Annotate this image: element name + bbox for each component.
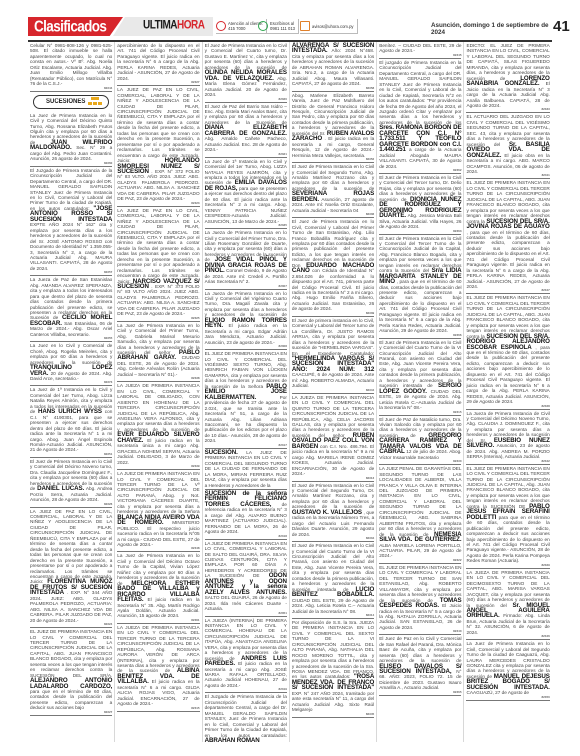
notice-body: El Juez de primera instancia en lo Civil… — [292, 318, 374, 356]
notice-body: La Juez en lo Civil y Comercial de Choré… — [30, 343, 112, 364]
legal-notice: LA JUEZ DE PRIMERA INSTANCIA EN LO CIVIL… — [205, 540, 287, 617]
notice-code: 82322 — [379, 559, 461, 562]
notice-code: 82317 — [205, 444, 287, 447]
notice-code: 82311 — [466, 174, 549, 177]
classifieds-columns: Celular N° 0981-808-126 y 0981-525-508. … — [28, 42, 552, 742]
notice-details: , para que en el término de 60 días, con… — [379, 279, 461, 333]
notice-code: 82313 — [292, 477, 374, 480]
legal-notice: SUCESIÓN. LA JUEZ DE PRIMERA INSTANCIA E… — [205, 449, 287, 490]
legal-notice: El Juez de Primera Instancia en lo Civil… — [292, 218, 374, 317]
notice-code: 82321 — [205, 153, 287, 156]
legal-notice: El Juzgado de Primera Instancia de la Ci… — [30, 167, 112, 277]
legal-notice: EL JUEZ DE PRIMERA INSTANCIA EN LO CIVIL… — [379, 564, 461, 635]
notice-code: 82357 — [30, 271, 112, 274]
newspaper-logo: ULTIMAHORA — [143, 19, 204, 32]
notice-body: LA JUEZ DE PRIMERA INSTANCIA EN LO CIVIL… — [117, 471, 199, 514]
notice-details: EXPTE AÑO 2024 N° 162" cita y emplaza po… — [30, 222, 112, 271]
legal-notice: El Juez de Paz del Barrio San Isidro – E… — [205, 103, 287, 158]
notice-code: 82358 — [292, 87, 374, 90]
notice-details: Año: 2024 N°468. Cita y emplaza por sese… — [292, 48, 374, 86]
notice-body: LA JUEZ DE PAZ EN LO CIVIL, COMERCIAL, L… — [30, 509, 112, 585]
legal-notice: La Juez de Primera Instancia en lo Civil… — [117, 552, 199, 623]
notice-code: 82314 — [292, 614, 374, 617]
notice-code: 82366 — [379, 334, 461, 337]
notice-body: LA JUEZ PENAL DE GARANTÍAS DEL SEGUNDO T… — [379, 466, 461, 536]
notice-details: . EXP. N° 372 FOLIO N° 83 VLTO. AÑO 2024… — [117, 169, 199, 201]
notice-body: El Juez de Paz del Barrio San Isidro – E… — [205, 104, 287, 125]
notice-code: 82362 — [379, 169, 461, 172]
notice-code: 82363 — [379, 230, 461, 233]
legal-notice: EL JUEZ DE PRIMERA INSTANCIA EN LO CIVIL… — [466, 465, 549, 569]
notice-code: 82373 — [30, 381, 112, 384]
legal-notice: El Juez de Primera Instancia en lo Civil… — [205, 42, 287, 103]
notice-details: para que se presenten a ejercer sus dere… — [205, 186, 287, 224]
legal-notice: Abog. Marlene Elizabeth Barreto Varela, … — [292, 92, 374, 163]
notice-code: 82327 — [117, 81, 199, 84]
legal-notice: LA JUEZ DE PRIMERA INSTANCIA EN LO CIVIL… — [117, 470, 199, 552]
notice-body: El Juez de Primera Instancia en lo Civil… — [292, 483, 374, 510]
notice-details: con C.I. N° 4190301, para que se present… — [30, 409, 112, 452]
notice-code: 82361 — [117, 619, 199, 622]
notice-code: 82307 — [205, 285, 287, 288]
legal-notice: ALVARENGA S/ SUCESIÓN INTESTADA. Año: 20… — [292, 42, 374, 92]
notice-code: 82334 — [292, 537, 374, 540]
deceased-name: "HERMELINDA VARGAS S/ SUCESIÓN INTESTADA… — [292, 355, 374, 373]
notice-details: . EXP. N° 373 FOLIO N° 83 VLTO AÑO 2024.… — [117, 284, 199, 316]
notice-code: 82336 — [292, 213, 374, 216]
legal-notice: El Juez de Paz en lo Civil y Comercial d… — [379, 635, 461, 696]
notice-code: 82327 — [30, 711, 112, 714]
notice-code: 82325 — [117, 317, 199, 320]
notice-body: La Jueza de Primera Instancia en lo Civi… — [205, 291, 287, 318]
legal-notice: LA JUEZA DE PRIMERA INSTANCIA EN LO CIVI… — [117, 382, 199, 470]
notice-details: EXP. N° 247 AÑO 2024, tramitado por ante… — [292, 691, 374, 712]
notice-code: 82352 — [292, 158, 374, 161]
notice-body: El Juez de Primera Instancia en lo Civil… — [379, 340, 461, 389]
notice-body: LA JUEZA DE PRIMERA INSTANCIA EN LO CIVI… — [117, 383, 199, 432]
legal-notice: apercibimiento de lo dispuesto en el Art… — [117, 42, 199, 86]
notice-body: El Juzgado de Primera Instancia de la Ci… — [205, 694, 287, 737]
legal-notice: El Juez de Primera Instancia en lo Civil… — [379, 174, 461, 235]
notice-body: LA JUEZ DE PAZ EN LO CIVIL, COMERCIAL, L… — [117, 208, 199, 284]
notice-details: SALTO DEL GUAIRÁ, 26 de Agosto de 2024. … — [205, 595, 287, 611]
notice-body: Celular N° 0981-808-126 y 0981-525-508. … — [30, 43, 112, 86]
legal-notice: La Jueza de Primera Instancia en lo Civi… — [205, 290, 287, 351]
mail-icon — [300, 21, 310, 31]
contact-email[interactable]: avisos@uhora.com.py — [300, 19, 358, 34]
page-header: Clasificados ULTIMAHORA Atención al clie… — [28, 17, 552, 36]
legal-notice: EDICTO: EL JUEZ DE PRIMERA INSTANCIA EN … — [466, 42, 549, 113]
legal-notice: La Juez en lo Civil y Comercial de Choré… — [30, 342, 112, 386]
notice-code: 82347 — [466, 289, 549, 292]
phone-icon — [216, 21, 226, 31]
legal-notice: EL ACTUARIO DEL JUZGADO EN LO CIVIL Y CO… — [466, 113, 549, 179]
notice-code: 82351 — [205, 612, 287, 615]
notice-code: 82339 — [117, 465, 199, 468]
whatsapp-icon — [258, 21, 268, 31]
legal-notice: EL JUEZ DE PRIMERA INSTANCIA EN LO CIVIL… — [466, 294, 549, 409]
legal-notice: La Juez de 1ª Instancia en lo Civil y Co… — [30, 386, 112, 457]
notice-code: 82350 — [466, 696, 549, 699]
notice-details: con Cédula de Identidad N° 2.654.026 de … — [292, 268, 374, 311]
notice-details: . EXP. N° 344 AÑO 2024. JUEZ: ABG. GLADY… — [30, 590, 112, 622]
notice-details: Por providencia de fecha 27 de agosto de… — [205, 395, 287, 444]
contact-whatsapp: Escríbinos al0981 111 013 — [258, 19, 299, 34]
legal-notice: El juzgado de Primera Instancia en la Ci… — [379, 59, 461, 174]
notice-code: 82315 — [117, 707, 199, 710]
deceased-name: SUCESIÓN de la señora FERMIN FELICIANO T… — [205, 490, 287, 508]
notice-details: , para que en el término de 60 días, con… — [466, 345, 549, 405]
notice-code: 82324 — [30, 623, 112, 626]
notice-code: 82323 — [117, 202, 199, 205]
legal-notice: SUCESIÓN de la señora FERMIN FELICIANO T… — [205, 490, 287, 540]
column-4: ALVARENGA S/ SUCESIÓN INTESTADA. Año: 20… — [290, 42, 377, 742]
notice-code: 82339 — [292, 312, 374, 315]
legal-notice: El Juez de Primera Instancia en lo Civil… — [30, 458, 112, 508]
deceased-name: ALEJANDRO ANTONIO LADALARDO CARDOZO, — [30, 677, 112, 689]
notice-code: 82308 — [205, 345, 287, 348]
notice-code: 82318 — [205, 535, 287, 538]
notice-code: 82344 — [292, 389, 374, 392]
deceased-name: OLINDA NELIDA MORALES VDA. DE VELAZQUEZ. — [205, 69, 287, 81]
notice-body: EL JUEZ DE PRIMERA INSTANCIA EN LO CIVIL… — [30, 629, 112, 678]
legal-notice: La Jueza de Primera Instancia en lo Civi… — [205, 229, 287, 290]
legal-notice: Por disposición de S.S. la Sra. JUEZA DE… — [292, 619, 374, 718]
legal-notice: LA JUEZA DE PRIMERA INSTANCIA EN LO CIVI… — [292, 394, 374, 482]
legal-notice: Benítez. – CIUDAD DEL ESTE, 29 de Agosto… — [379, 42, 461, 59]
legal-notice: LA JUEZ DE PAZ EN LO CIVIL, COMERCIAL, L… — [117, 207, 199, 322]
legal-notice: LA JUEZ DE PAZ EN LO CIVIL, COMERCIAL, L… — [30, 508, 112, 629]
legal-notice: El Juez de Primera Instancia en lo Civil… — [292, 482, 374, 543]
notice-code: 82345 — [379, 54, 461, 57]
notice-code: 82328 — [466, 405, 549, 408]
notice-code: 82319 — [205, 688, 287, 691]
legal-notice: LA JUEZA DE PRIMERA INSTANCIA EN LO CIVI… — [466, 569, 549, 640]
notice-code: 82330 — [379, 460, 461, 463]
notice-code: 82345 — [292, 713, 374, 716]
notice-details: ALBA MARIELA LORENA PORTILLO, ACTUARIA. … — [379, 543, 461, 559]
notice-body: El Juez de Primera Instancia en lo Civil… — [292, 164, 374, 191]
section-banner: Clasificados — [28, 17, 123, 36]
notice-details: con C.I. Nro. 486.794. El juicio radica … — [292, 444, 374, 476]
notice-code: 82320 — [205, 98, 287, 101]
notice-code: 82355 — [30, 337, 112, 340]
legal-notice: La Juez de Primera Instancia en lo Civil… — [30, 112, 112, 167]
section-label: SUCESIONES — [46, 98, 85, 105]
notice-code: 82326 — [30, 503, 112, 506]
page-number: 41 — [553, 18, 570, 35]
notice-code: 82340 — [379, 630, 461, 633]
notice-details: LA JUEZ DE PRIMERA INSTANCIA EN LO CIVIL… — [205, 450, 287, 488]
notice-body: LA JUEZ DE PAZ EN LO CIVIL, COMERCIAL, L… — [117, 87, 199, 163]
legal-notice: La Jueza de Paz de San Estanislao Abg. A… — [30, 276, 112, 342]
notice-details: , para que en el término de 60 días, con… — [466, 230, 549, 290]
notice-code: 82315 — [379, 411, 461, 414]
column-6: EDICTO: EL JUEZ DE PRIMERA INSTANCIA EN … — [464, 42, 551, 742]
notice-details: de referencia radica en la secretaría N°… — [205, 502, 287, 534]
legal-notice: LA JUEZ PENAL DE GARANTÍAS DEL SEGUNDO T… — [379, 465, 461, 564]
column-3: El Juez de Primera Instancia en lo Civil… — [203, 42, 290, 742]
notice-body: LA JUEZA DE PRIMERA INSTANCIA EN LO CIVI… — [117, 625, 199, 674]
legal-notice: El Juez de Primera Instancia en lo Civil… — [292, 163, 374, 218]
legal-notice: El Juzgado de Primera Instancia de la Ci… — [205, 693, 287, 742]
notice-code: 82329 — [466, 564, 549, 567]
notice-code: 82344 — [30, 87, 112, 90]
notice-body: apercibimiento de lo dispuesto en el Art… — [117, 43, 199, 81]
notice-code: 82348 — [117, 547, 199, 550]
legal-notice: La Juez de Primera Instancia en lo Civil… — [466, 640, 549, 701]
section-header-sucesiones: SUCESIONES — [33, 95, 109, 109]
legal-notice: El Juez de Paz de Natalicio turno, Dra. … — [379, 416, 461, 466]
notice-code: 82342 — [466, 460, 549, 463]
legal-notice: LA JUEZ DE PAZ EN LO CIVIL, COMERCIAL, L… — [117, 86, 199, 207]
section-title: Clasificados — [34, 18, 106, 35]
deceased-name: ABRAHAN ROMAN — [205, 737, 260, 742]
notice-body: El juzgado de Primera Instancia en la Ci… — [379, 60, 461, 125]
notice-body: El Juez de Primera Instancia en lo Civil… — [292, 219, 374, 268]
legal-notice: EL JUEZ DE PRIMERA INSTANCIA EN LO CIVIL… — [466, 179, 549, 294]
notice-body: El Juez de Primera Instancia en lo Civil… — [205, 43, 287, 70]
legal-notice: El Juez de Primera Instancia en lo Civil… — [379, 339, 461, 416]
notice-details: para que en el término de 60 días, conta… — [30, 689, 112, 710]
notice-code: 82338 — [117, 377, 199, 380]
column-5: Benítez. – CIUDAD DEL ESTE, 29 de Agosto… — [377, 42, 464, 742]
family-tree-icon — [88, 97, 102, 106]
legal-notice: EL JUEZ DE PRIMERA INSTANCIA EN LO CIVIL… — [205, 350, 287, 449]
notice-body: Por disposición de S.S. la Sra. JUEZA DE… — [292, 620, 374, 680]
notice-body: El Juez de Primera Instancia en lo Civil… — [292, 543, 374, 592]
notice-code: 82351 — [30, 453, 112, 456]
column-1: Celular N° 0981-808-126 y 0981-525-508. … — [28, 42, 115, 742]
notice-code: 82346 — [466, 635, 549, 638]
notice-code: 82365 — [379, 691, 461, 694]
notice-details: CAACUPÉ, 6 de Agosto de 2024. Ante mí: A… — [292, 372, 374, 388]
notice-body: Benítez. – CIUDAD DEL ESTE, 29 de Agosto… — [379, 43, 461, 53]
notice-code: 82360 — [30, 162, 112, 165]
deceased-name: DIANA ELIZABETH CABRERA DE GONZALEZ. — [205, 124, 287, 136]
legal-notice: LA JUEZA DE PRIMERA INSTANCIA EN LO CIVI… — [117, 624, 199, 712]
legal-notice: El Juez de Primera Instancia en lo Civil… — [379, 235, 461, 339]
notice-details: Abg. Arnaldo Cañete Pacheco, Actuario Ju… — [205, 136, 287, 152]
legal-notice: La Juez de Primera Instancia en lo Civil… — [117, 322, 199, 383]
publication-date: Asunción, domingo 1 de septiembre de 202… — [431, 22, 552, 36]
legal-notice: La Jueza de Primera Instancia de Civil y… — [466, 410, 549, 465]
notice-code: 82335 — [205, 224, 287, 227]
legal-notice: La Juez de 1ª Instancia en lo Civil y Co… — [205, 158, 287, 229]
notice-details: CIUDAD DEL ESTE, 29 de Agosto de 2024. A… — [292, 598, 374, 614]
legal-notice: El Juez de primera instancia en lo Civil… — [292, 317, 374, 394]
legal-notice: EL JUEZ DE PRIMERA INSTANCIA EN LO CIVIL… — [30, 628, 112, 716]
legal-notice: LA JUEZA (INTERINA) DE PRIMERA INSTANCIA… — [205, 617, 287, 694]
notice-details: para que en el término de 60 días, conta… — [466, 515, 549, 564]
notice-body: El Juez de Paz en lo Civil y Comercial d… — [379, 636, 461, 663]
notice-code: 82333 — [466, 108, 549, 111]
legal-notice: El Juez de Primera Instancia en lo Civil… — [292, 542, 374, 619]
notice-details: CAAGUAZÚ, 27 de Agosto de — [466, 690, 529, 695]
column-2: apercibimiento de lo dispuesto en el Art… — [115, 42, 202, 742]
legal-notice: Celular N° 0981-808-126 y 0981-525-508. … — [30, 42, 112, 92]
